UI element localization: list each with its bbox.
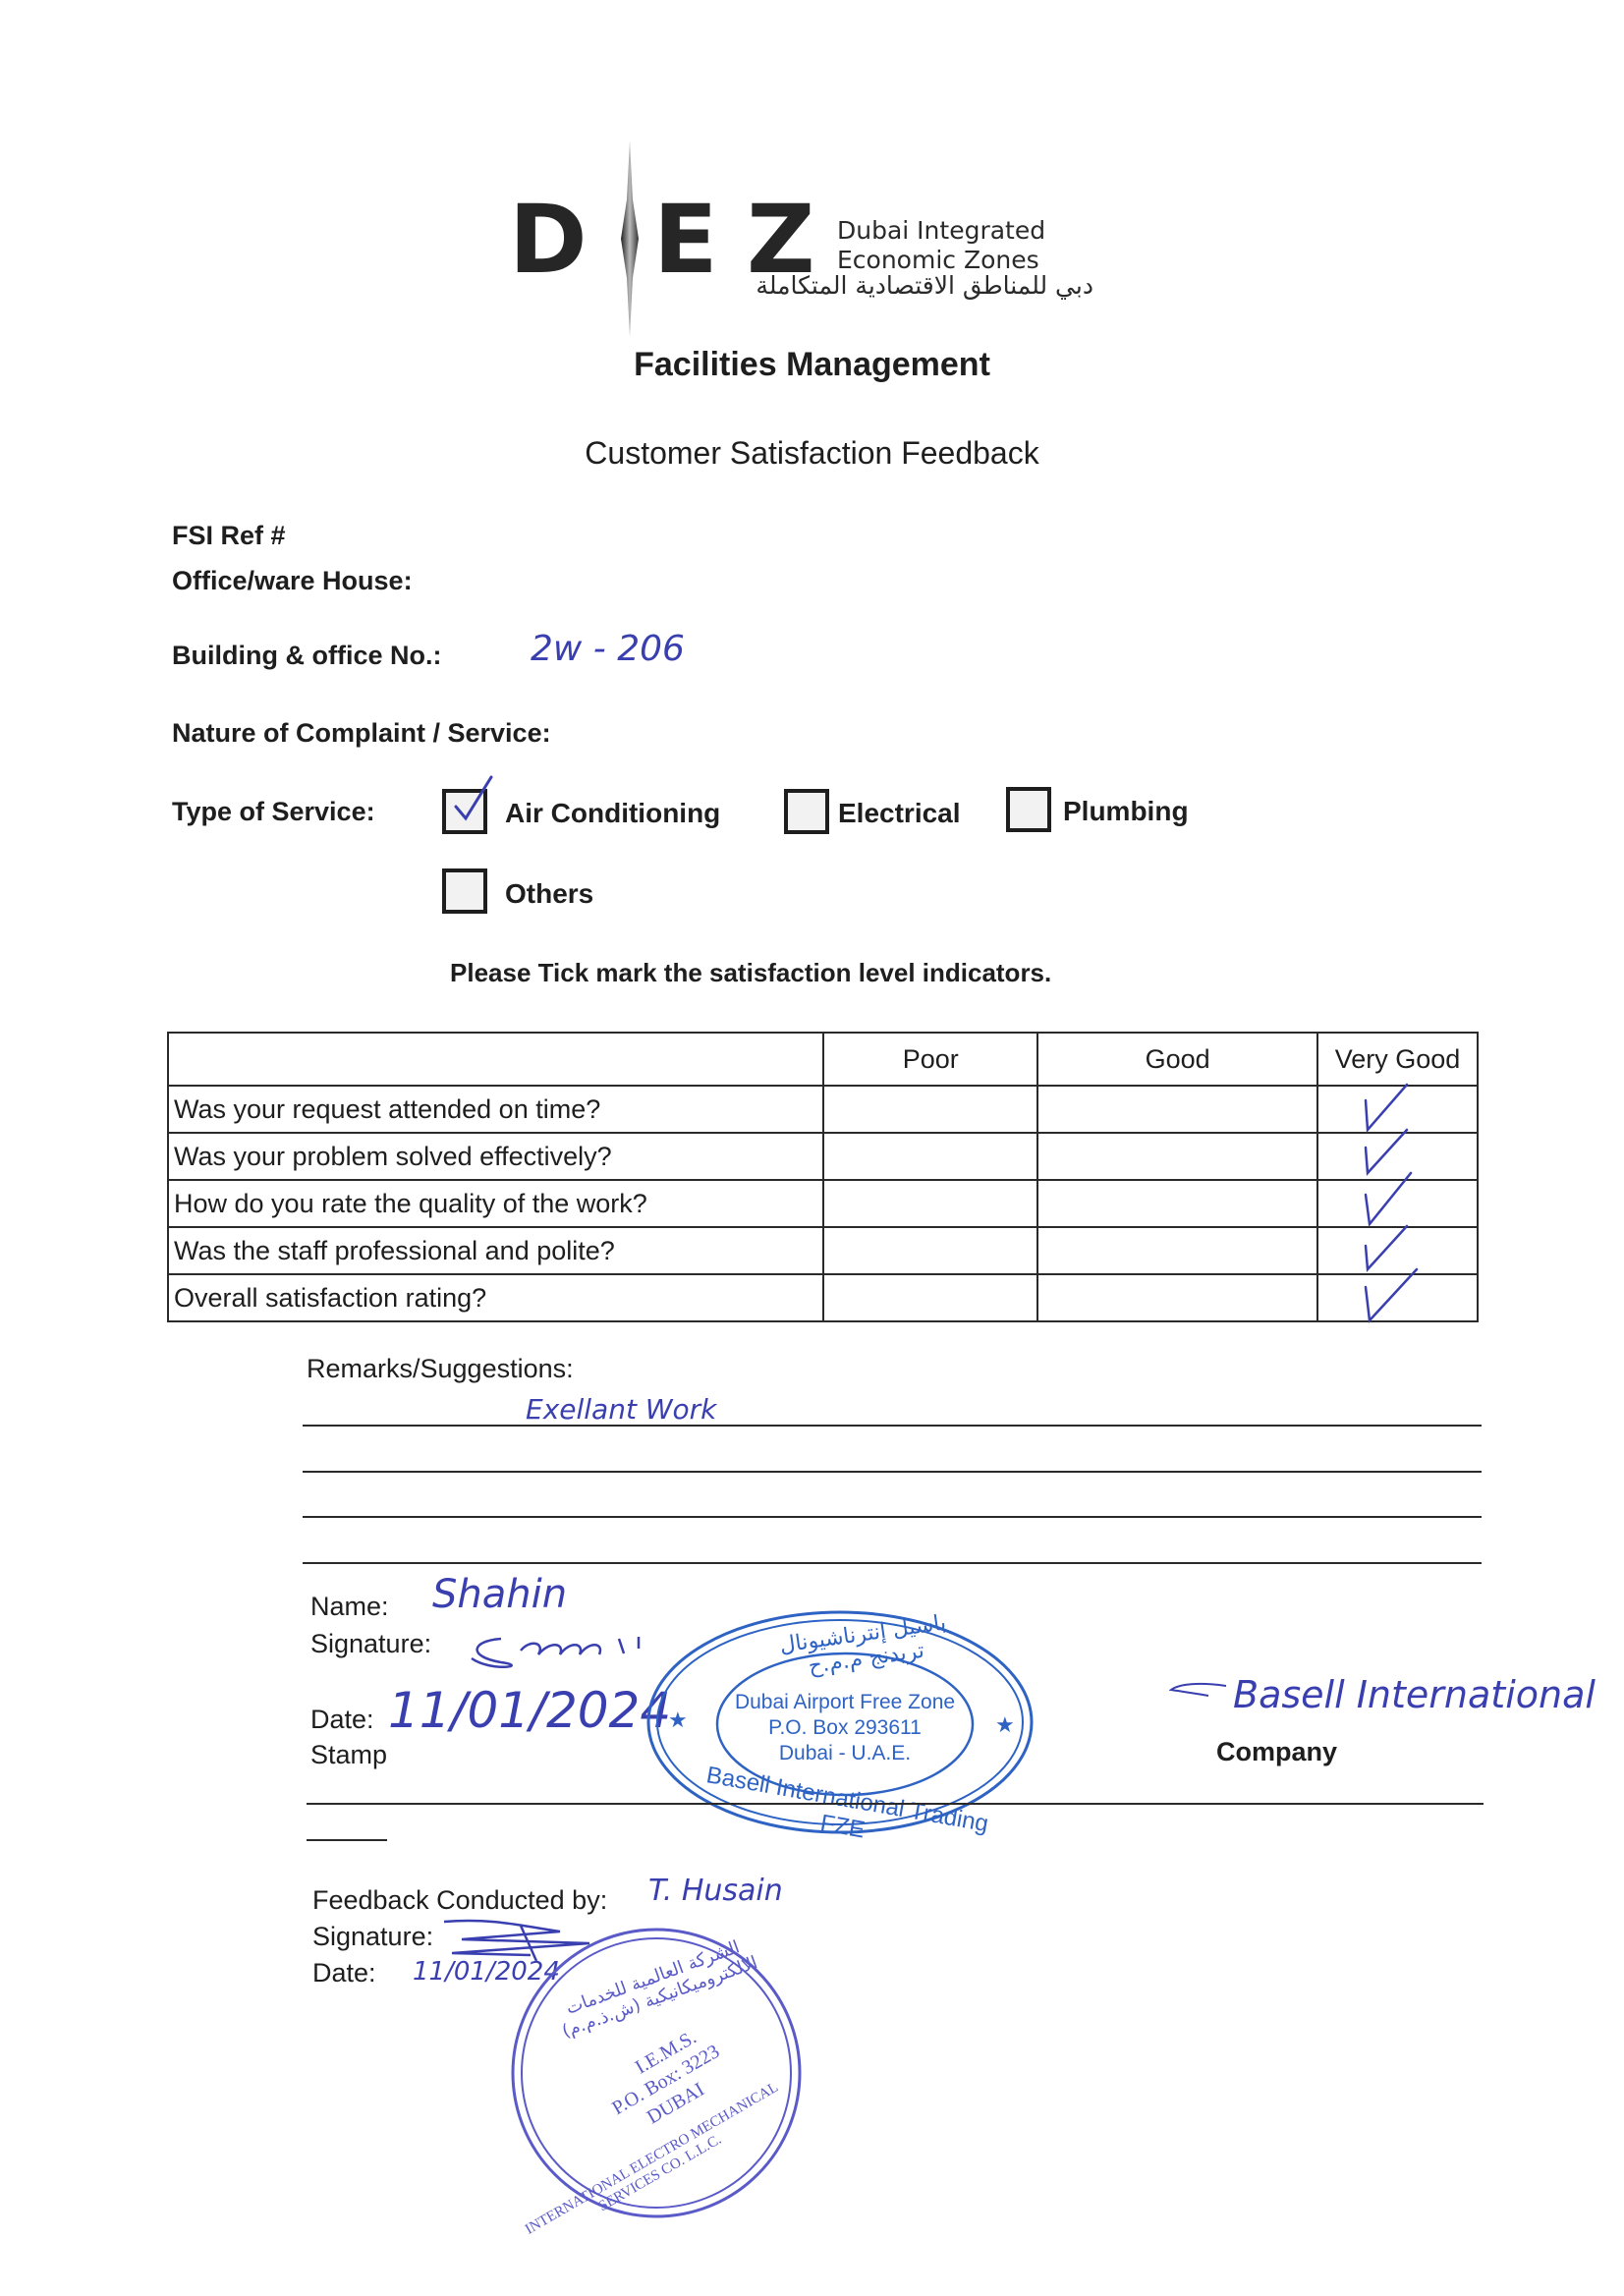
rating-cell-good[interactable] [1037,1086,1317,1133]
option-plumbing-label: Plumbing [1063,796,1189,827]
rating-cell-good[interactable] [1037,1227,1317,1274]
remarks-value[interactable]: Exellant Work [526,1393,716,1426]
checkbox-plumbing[interactable] [1006,787,1051,832]
customer-name-value[interactable]: Shahin [432,1572,567,1617]
rating-cell-good[interactable] [1037,1274,1317,1321]
conductor-label: Feedback Conducted by: [312,1885,607,1916]
logo-name-arabic: دبي للمناطق الاقتصادية المتكاملة [653,271,1093,300]
logo-name-line1: Dubai Integrated [837,218,1045,243]
building-label: Building & office No.: [172,641,441,671]
rating-instruction: Please Tick mark the satisfaction level … [450,958,1051,988]
customer-date-value[interactable]: 11/01/2024 [388,1682,671,1739]
rating-table: Poor Good Very Good Was your request att… [167,1032,1479,1322]
rating-cell-poor[interactable] [823,1086,1037,1133]
rating-question: Was the staff professional and polite? [168,1227,823,1274]
logo-spindle-icon [619,140,641,337]
checkmark-icon [1358,1265,1427,1328]
svg-text:★: ★ [995,1713,1015,1738]
remarks-line [303,1471,1482,1473]
option-electrical-label: Electrical [838,798,961,829]
option-air-conditioning-label: Air Conditioning [505,798,720,829]
stamp-line3: Dubai - U.A.E. [722,1742,968,1765]
rating-row: Was your problem solved effectively? [168,1133,1478,1180]
rating-row: Was the staff professional and polite? [168,1227,1478,1274]
customer-signature-icon[interactable] [462,1629,668,1678]
form-title: Customer Satisfaction Feedback [0,435,1624,472]
fsi-ref-label: FSI Ref # [172,521,286,551]
rating-cell-poor[interactable] [823,1133,1037,1180]
service-type-label: Type of Service: [172,797,375,827]
rating-question: Was your request attended on time? [168,1086,823,1133]
rating-cell-poor[interactable] [823,1180,1037,1227]
separator-line [307,1803,1484,1805]
rating-row: Overall satisfaction rating? [168,1274,1478,1321]
building-value[interactable]: 2w - 206 [531,629,685,669]
svg-text:★: ★ [668,1708,688,1733]
rating-cell-good[interactable] [1037,1180,1317,1227]
checkbox-air-conditioning[interactable] [442,789,487,834]
remarks-line [303,1516,1482,1518]
logo-name-line2: Economic Zones [837,248,1039,272]
remarks-line [303,1562,1482,1564]
checkbox-others[interactable] [442,868,487,914]
short-line [307,1839,387,1841]
conductor-value[interactable]: T. Husain [648,1874,783,1908]
stamp-line2: P.O. Box 293611 [722,1716,968,1740]
customer-date-label: Date: [310,1705,374,1735]
office-label: Office/ware House: [172,566,413,596]
checkmark-icon [452,771,501,830]
rating-cell-good[interactable] [1037,1133,1317,1180]
remarks-line [303,1425,1482,1427]
customer-name-label: Name: [310,1592,389,1622]
rating-cell-poor[interactable] [823,1274,1037,1321]
remarks-label: Remarks/Suggestions: [307,1354,574,1384]
stamp-label: Stamp [310,1740,387,1770]
stamp-line1: Dubai Airport Free Zone [722,1691,968,1714]
option-others-label: Others [505,878,593,910]
company-signature-stroke-icon [1169,1680,1228,1700]
rating-header-row: Poor Good Very Good [168,1033,1478,1086]
rating-question: How do you rate the quality of the work? [168,1180,823,1227]
customer-signature-label: Signature: [310,1629,431,1659]
rating-question: Overall satisfaction rating? [168,1274,823,1321]
rating-cell-very-good[interactable] [1317,1274,1478,1321]
basell-stamp: ★ ★ باسيل إنترناشيونال تريدنج م.م.ح Duba… [644,1604,1036,1840]
nature-label: Nature of Complaint / Service: [172,718,551,749]
logo-letter-d: D [509,193,588,287]
conductor-signature-label: Signature: [312,1922,433,1952]
header-question [168,1033,823,1086]
rating-row: Was your request attended on time? [168,1086,1478,1133]
company-label: Company [1216,1737,1337,1767]
iems-stamp: الشركة العالمية للخدمات الالكتروميكانيكي… [509,1926,804,2220]
rating-question: Was your problem solved effectively? [168,1133,823,1180]
header-good: Good [1037,1033,1317,1086]
rating-cell-poor[interactable] [823,1227,1037,1274]
conductor-date-label: Date: [312,1958,376,1988]
header-poor: Poor [823,1033,1037,1086]
department-title: Facilities Management [0,346,1624,384]
rating-row: How do you rate the quality of the work? [168,1180,1478,1227]
company-value[interactable]: Basell International [1233,1673,1596,1716]
checkbox-electrical[interactable] [784,789,829,834]
